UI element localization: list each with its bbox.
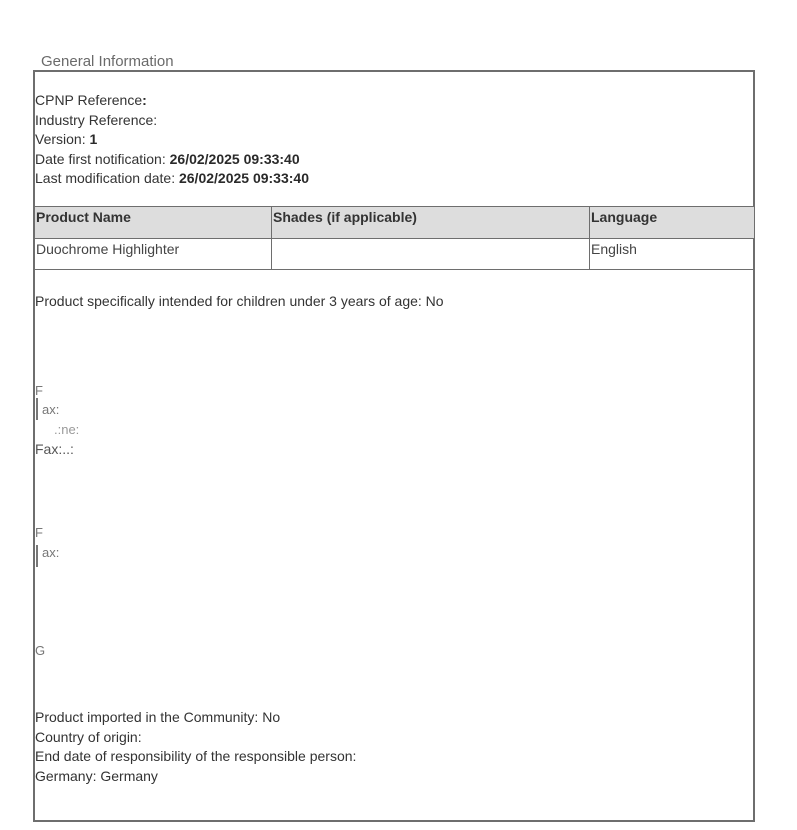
redacted-fragment: F bbox=[35, 525, 43, 540]
cpnp-reference-label: CPNP Reference bbox=[35, 92, 142, 108]
redaction-artifact bbox=[36, 398, 38, 420]
product-table: Product Name Shades (if applicable) Lang… bbox=[34, 206, 755, 270]
redacted-fragment: F bbox=[35, 383, 43, 398]
industry-reference-label: Industry Reference: bbox=[35, 112, 157, 128]
redaction-artifact bbox=[36, 545, 38, 567]
general-info-block: CPNP Reference: Industry Reference: Vers… bbox=[35, 91, 309, 189]
date-first-notification: Date first notification: 26/02/2025 09:3… bbox=[35, 150, 309, 170]
date-first-notification-label: Date first notification: bbox=[35, 151, 170, 167]
end-date-responsibility: End date of responsibility of the respon… bbox=[35, 747, 356, 767]
cpnp-reference-colon: : bbox=[142, 92, 147, 108]
redacted-fragment: Fax:..: bbox=[35, 441, 74, 457]
redacted-fragment: ax: bbox=[42, 402, 59, 417]
table-row: Duochrome Highlighter English bbox=[35, 239, 755, 270]
cpnp-reference: CPNP Reference: bbox=[35, 91, 309, 111]
header-product-name: Product Name bbox=[35, 207, 272, 239]
cell-shades bbox=[272, 239, 590, 270]
version: Version: 1 bbox=[35, 130, 309, 150]
product-imported: Product imported in the Community: No bbox=[35, 708, 356, 728]
version-label: Version: bbox=[35, 131, 89, 147]
version-value: 1 bbox=[89, 131, 97, 147]
redacted-fragment: ax: bbox=[42, 545, 59, 560]
country-of-origin: Country of origin: bbox=[35, 728, 356, 748]
date-first-notification-value: 26/02/2025 09:33:40 bbox=[170, 151, 300, 167]
industry-reference: Industry Reference: bbox=[35, 111, 309, 131]
redacted-fragment: G bbox=[35, 643, 45, 658]
member-state: Germany: Germany bbox=[35, 767, 356, 787]
cell-product-name: Duochrome Highlighter bbox=[35, 239, 272, 270]
product-table-header: Product Name Shades (if applicable) Lang… bbox=[35, 207, 755, 239]
last-modification-date-value: 26/02/2025 09:33:40 bbox=[179, 170, 309, 186]
section-title: General Information bbox=[41, 53, 174, 70]
children-under-3-statement: Product specifically intended for childr… bbox=[35, 293, 444, 309]
header-language: Language bbox=[590, 207, 755, 239]
import-info-block: Product imported in the Community: No Co… bbox=[35, 708, 356, 786]
header-shades: Shades (if applicable) bbox=[272, 207, 590, 239]
redacted-fragment: .:ne: bbox=[54, 422, 79, 437]
last-modification-date: Last modification date: 26/02/2025 09:33… bbox=[35, 169, 309, 189]
last-modification-date-label: Last modification date: bbox=[35, 170, 179, 186]
cell-language: English bbox=[590, 239, 755, 270]
